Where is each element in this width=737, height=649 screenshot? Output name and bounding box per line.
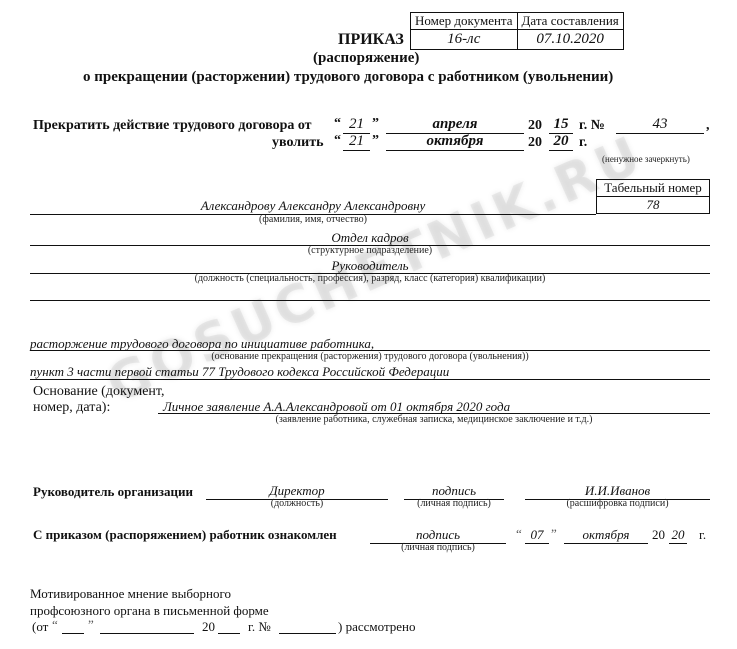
position-hint: (должность (специальность, профессия), р…	[30, 273, 710, 284]
tab-number-label: Табельный номер	[597, 180, 710, 197]
position-line-2	[30, 300, 710, 301]
union-line-2: профсоюзного органа в письменной форме	[30, 603, 269, 619]
contract-year-field[interactable]: 15	[549, 116, 573, 134]
union-month-field[interactable]	[100, 619, 194, 634]
number-label: г. №	[579, 118, 605, 134]
union-number-label: г. №	[248, 619, 271, 635]
union-close-quote: ”	[88, 617, 94, 633]
dismiss-day-field[interactable]: 21	[343, 133, 370, 151]
ack-year-suffix: г.	[699, 527, 706, 543]
article-field[interactable]: пункт 3 части первой статьи 77 Трудового…	[30, 364, 449, 380]
document-info-table: Номер документа Дата составления 16-лс 0…	[410, 12, 624, 50]
contract-day-field[interactable]: 21	[343, 116, 370, 134]
ack-label: С приказом (распоряжением) работник озна…	[33, 527, 337, 543]
close-quote: ”	[372, 116, 379, 132]
ack-month-field[interactable]: октября	[564, 527, 648, 544]
name-hint: (фамилия, имя, отчество)	[30, 214, 596, 225]
dismiss-month-field[interactable]: октября	[386, 133, 524, 151]
comma: ,	[706, 118, 710, 134]
article-line	[30, 379, 710, 380]
year-prefix-2: 20	[528, 135, 542, 151]
reason-hint: (основание прекращения (расторжения) тру…	[30, 351, 710, 362]
ack-day-field[interactable]: 07	[525, 527, 549, 544]
department-field[interactable]: Отдел кадров	[30, 230, 710, 246]
close-quote-2: ”	[372, 133, 379, 149]
terminate-label: Прекратить действие трудового договора о…	[33, 118, 312, 134]
position-field[interactable]: Руководитель	[30, 258, 710, 274]
basis-label-1: Основание (документ,	[33, 384, 165, 400]
open-quote: “	[334, 116, 341, 132]
dismiss-year-field[interactable]: 20	[549, 133, 573, 151]
page-title: ПРИКАЗ	[338, 31, 404, 49]
page-subtitle: (распоряжение)	[313, 50, 419, 67]
head-label: Руководитель организации	[33, 484, 193, 500]
page-heading: о прекращении (расторжении) трудового до…	[83, 69, 613, 86]
dismiss-label: уволить	[272, 135, 323, 151]
contract-number-field[interactable]: 43	[616, 116, 704, 134]
ack-open-quote: “	[516, 526, 522, 542]
union-considered: ) рассмотрено	[338, 619, 416, 635]
ack-year-field[interactable]: 20	[669, 527, 687, 544]
doc-number-value[interactable]: 16-лс	[411, 30, 518, 50]
union-number-field[interactable]	[279, 619, 336, 634]
basis-label-2: номер, дата):	[33, 400, 110, 416]
open-quote-2: “	[334, 133, 341, 149]
tab-number-value[interactable]: 78	[597, 197, 710, 214]
year-suffix: г.	[579, 135, 587, 151]
doc-date-label: Дата составления	[517, 13, 623, 30]
basis-hint: (заявление работника, служебная записка,…	[158, 414, 710, 425]
strike-hint: (ненужное зачеркнуть)	[602, 154, 690, 164]
head-signature-hint: (личная подпись)	[404, 498, 504, 509]
tab-number-table: Табельный номер 78	[596, 179, 710, 214]
union-day-field[interactable]	[62, 619, 84, 634]
ack-year-prefix: 20	[652, 527, 665, 543]
union-line-1: Мотивированное мнение выборного	[30, 586, 231, 602]
union-year-field[interactable]	[218, 619, 240, 634]
ack-close-quote: ”	[551, 526, 557, 542]
doc-date-value[interactable]: 07.10.2020	[517, 30, 623, 50]
year-prefix: 20	[528, 118, 542, 134]
doc-number-label: Номер документа	[411, 13, 518, 30]
union-from-label: (от	[32, 619, 48, 635]
contract-month-field[interactable]: апреля	[386, 116, 524, 134]
ack-signature-hint: (личная подпись)	[370, 542, 506, 553]
head-position-hint: (должность)	[206, 498, 388, 509]
employee-name-field[interactable]: Александрову Александру Александровну	[30, 198, 596, 214]
department-hint: (структурное подразделение)	[30, 245, 710, 256]
union-open-quote: “	[52, 617, 58, 633]
union-year-prefix: 20	[202, 619, 215, 635]
head-name-hint: (расшифровка подписи)	[525, 498, 710, 509]
